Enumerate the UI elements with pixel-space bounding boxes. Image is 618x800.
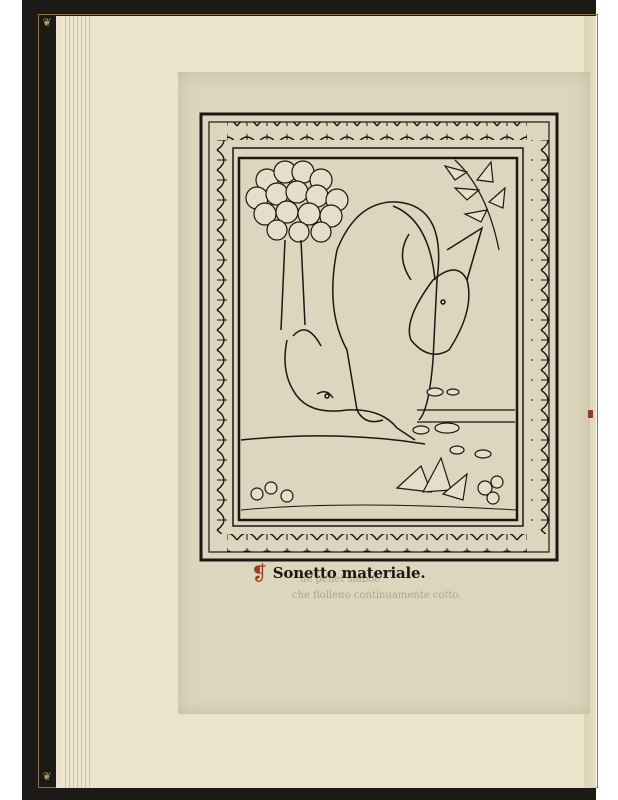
fleuron-bottom-icon: ❦ [42,772,52,782]
showthrough-line-2: che flolleno continuamente cotto. [292,590,462,601]
red-ink-mark [588,410,593,418]
caption-text: Sonetto materiale. [273,564,426,582]
woodcut-caption: ❡ Sonetto materiale. [251,562,425,584]
fleuron-top-icon: ❦ [42,18,52,28]
woodcut-illustration [197,110,561,566]
rubric-pilcrow-icon: ❡ [251,563,268,583]
gutter-ruling [62,16,90,788]
